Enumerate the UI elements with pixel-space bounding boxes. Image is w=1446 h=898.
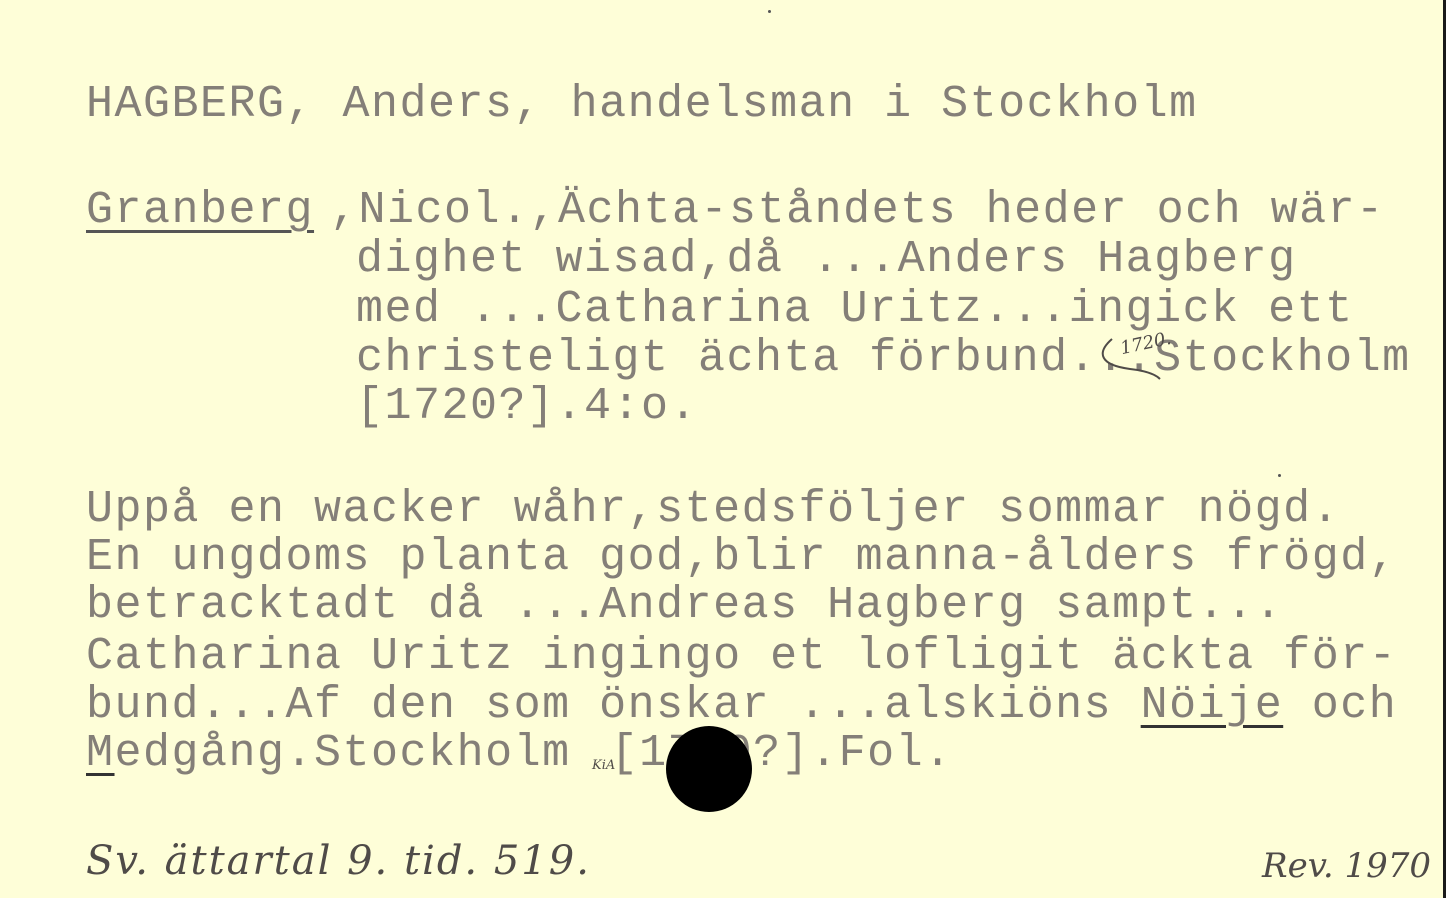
- entry2-line-6: Medgång.Stockholm[1720?].Fol.: [86, 731, 953, 776]
- entry2-line-5-tail: och: [1283, 680, 1397, 731]
- handwritten-reference-note: Sv. ättartal 9. tid. 519.: [86, 838, 591, 884]
- entry1-line-1: ,Nicol.,Ächta-ståndets heder och wär-: [330, 188, 1385, 233]
- card-heading: HAGBERG, Anders, handelsman i Stockholm: [86, 82, 1198, 127]
- entry2-imprint: [1720?].Fol.: [611, 728, 953, 779]
- underlined-word-noije: Nöije: [1141, 680, 1284, 731]
- punch-hole: [666, 726, 752, 812]
- entry1-line-2: dighet wisad,då ...Anders Hagberg: [356, 237, 1297, 282]
- entry2-line-1: Uppå en wacker wåhr,stedsföljer sommar n…: [86, 487, 1340, 532]
- catalogue-card: HAGBERG, Anders, handelsman i Stockholm …: [0, 0, 1446, 898]
- entry1-author: Granberg: [86, 185, 314, 236]
- entry1-line-4: christeligt ächta förbund...Stockholm: [356, 336, 1411, 381]
- entry2-line-5-text: bund...Af den som önskar ...alskiöns: [86, 680, 1141, 731]
- entry2-line-2: En ungdoms planta god,blir manna-ålders …: [86, 535, 1397, 580]
- paper-speck: [1278, 474, 1281, 477]
- entry2-line-5: bund...Af den som önskar ...alskiöns Nöi…: [86, 683, 1397, 728]
- underlined-letter-m: M: [86, 728, 115, 779]
- entry1-line-5: [1720?].4:o.: [356, 384, 698, 429]
- handwritten-revision-note: Rev. 1970: [1262, 846, 1431, 886]
- entry1-author-line: Granberg: [86, 188, 314, 233]
- entry1-line-3: med ...Catharina Uritz...ingick ett: [356, 287, 1354, 332]
- entry2-line-6-text: edgång.Stockholm: [115, 728, 571, 779]
- entry2-line-3: betracktadt då ...Andreas Hagberg sampt.…: [86, 583, 1283, 628]
- entry2-line-4: Catharina Uritz ingingo et lofligit äckt…: [86, 634, 1397, 679]
- paper-speck: [768, 10, 771, 13]
- handwritten-kia-note: KiA: [592, 758, 615, 773]
